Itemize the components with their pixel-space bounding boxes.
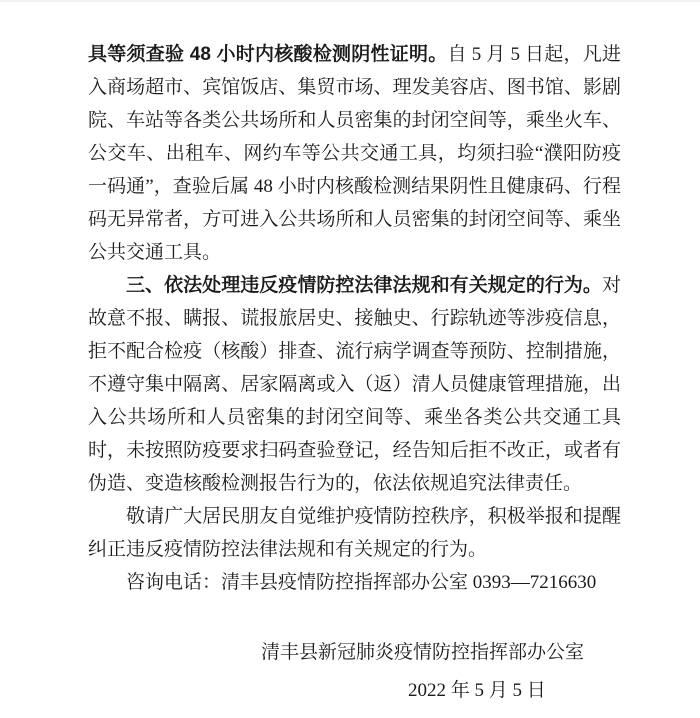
text-segment: 时，未按照防疫要求扫码查验登记，经告知后拒不改正，或者有 (88, 440, 621, 461)
text-line: 具等须查验 48 小时内核酸检测阴性证明。自 5 月 5 日起，凡进 (88, 38, 621, 71)
text-segment: 敬请广大居民朋友自觉维护疫情防控秩序，积极举报和提醒 (126, 506, 621, 527)
text-segment: 2022 年 5 月 5 日 (408, 680, 546, 701)
text-segment: 伪造、变造核酸检测报告行为的，依法依规追究法律责任。 (88, 473, 582, 494)
text-segment: 码无异常者，方可进入公共场所和人员密集的封闭空间等、乘坐 (88, 209, 621, 230)
signature-line: 清丰县新冠肺炎疫情防控指挥部办公室 (261, 636, 621, 669)
text-segment: 对 (602, 275, 621, 296)
text-line: 入公共场所和人员密集的封闭空间等、乘坐各类公共交通工具 (88, 401, 621, 434)
text-segment: 入商场超市、宾馆饭店、集贸市场、理发美容店、图书馆、影剧 (88, 77, 621, 98)
text-segment: 纠正违反疫情防控法律法规和有关规定的行为。 (88, 539, 487, 560)
text-line: 一码通”，查验后属 48 小时内核酸检测结果阴性且健康码、行程 (88, 170, 621, 203)
document-page: 具等须查验 48 小时内核酸检测阴性证明。自 5 月 5 日起，凡进入商场超市、… (0, 0, 700, 718)
text-line: 码无异常者，方可进入公共场所和人员密集的封闭空间等、乘坐 (88, 203, 621, 236)
bold-text-segment: 具等须查验 48 小时内核酸检测阴性证明。 (88, 44, 447, 65)
date-line: 2022 年 5 月 5 日 (408, 674, 621, 707)
text-line: 时，未按照防疫要求扫码查验登记，经告知后拒不改正，或者有 (88, 434, 621, 467)
text-segment: 拒不配合检疫（核酸）排查、流行病学调查等预防、控制措施， (88, 341, 621, 362)
text-line: 入商场超市、宾馆饭店、集贸市场、理发美容店、图书馆、影剧 (88, 71, 621, 104)
text-line: 公共交通工具。 (88, 236, 621, 269)
text-segment: 故意不报、瞒报、谎报旅居史、接触史、行踪轨迹等涉疫信息， (88, 308, 621, 329)
text-line: 咨询电话：清丰县疫情防控指挥部办公室 0393—7216630 (88, 566, 621, 599)
text-segment: 院、车站等各类公共场所和人员密集的封闭空间等，乘坐火车、 (88, 110, 621, 131)
text-segment: 入公共场所和人员密集的封闭空间等、乘坐各类公共交通工具 (88, 407, 621, 428)
text-line: 院、车站等各类公共场所和人员密集的封闭空间等，乘坐火车、 (88, 104, 621, 137)
text-segment: 自 5 月 5 日起，凡进 (447, 44, 621, 65)
text-segment: 咨询电话：清丰县疫情防控指挥部办公室 0393—7216630 (126, 572, 596, 593)
text-line: 敬请广大居民朋友自觉维护疫情防控秩序，积极举报和提醒 (88, 500, 621, 533)
text-segment: 清丰县新冠肺炎疫情防控指挥部办公室 (261, 642, 584, 663)
text-line: 拒不配合检疫（核酸）排查、流行病学调查等预防、控制措施， (88, 335, 621, 368)
text-line: 公交车、出租车、网约车等公共交通工具，均须扫验“濮阳防疫 (88, 137, 621, 170)
text-segment: 公交车、出租车、网约车等公共交通工具，均须扫验“濮阳防疫 (88, 143, 621, 164)
document-body: 具等须查验 48 小时内核酸检测阴性证明。自 5 月 5 日起，凡进入商场超市、… (88, 38, 621, 707)
text-line: 纠正违反疫情防控法律法规和有关规定的行为。 (88, 533, 621, 566)
text-line: 三、依法处理违反疫情防控法律法规和有关规定的行为。对 (88, 269, 621, 302)
text-segment: 一码通”，查验后属 48 小时内核酸检测结果阴性且健康码、行程 (88, 176, 621, 197)
text-line: 伪造、变造核酸检测报告行为的，依法依规追究法律责任。 (88, 467, 621, 500)
text-segment: 公共交通工具。 (88, 242, 221, 263)
text-segment: 不遵守集中隔离、居家隔离或入（返）清人员健康管理措施，出 (88, 374, 621, 395)
bold-text-segment: 三、依法处理违反疫情防控法律法规和有关规定的行为。 (126, 275, 602, 296)
text-line: 故意不报、瞒报、谎报旅居史、接触史、行踪轨迹等涉疫信息， (88, 302, 621, 335)
text-line: 不遵守集中隔离、居家隔离或入（返）清人员健康管理措施，出 (88, 368, 621, 401)
